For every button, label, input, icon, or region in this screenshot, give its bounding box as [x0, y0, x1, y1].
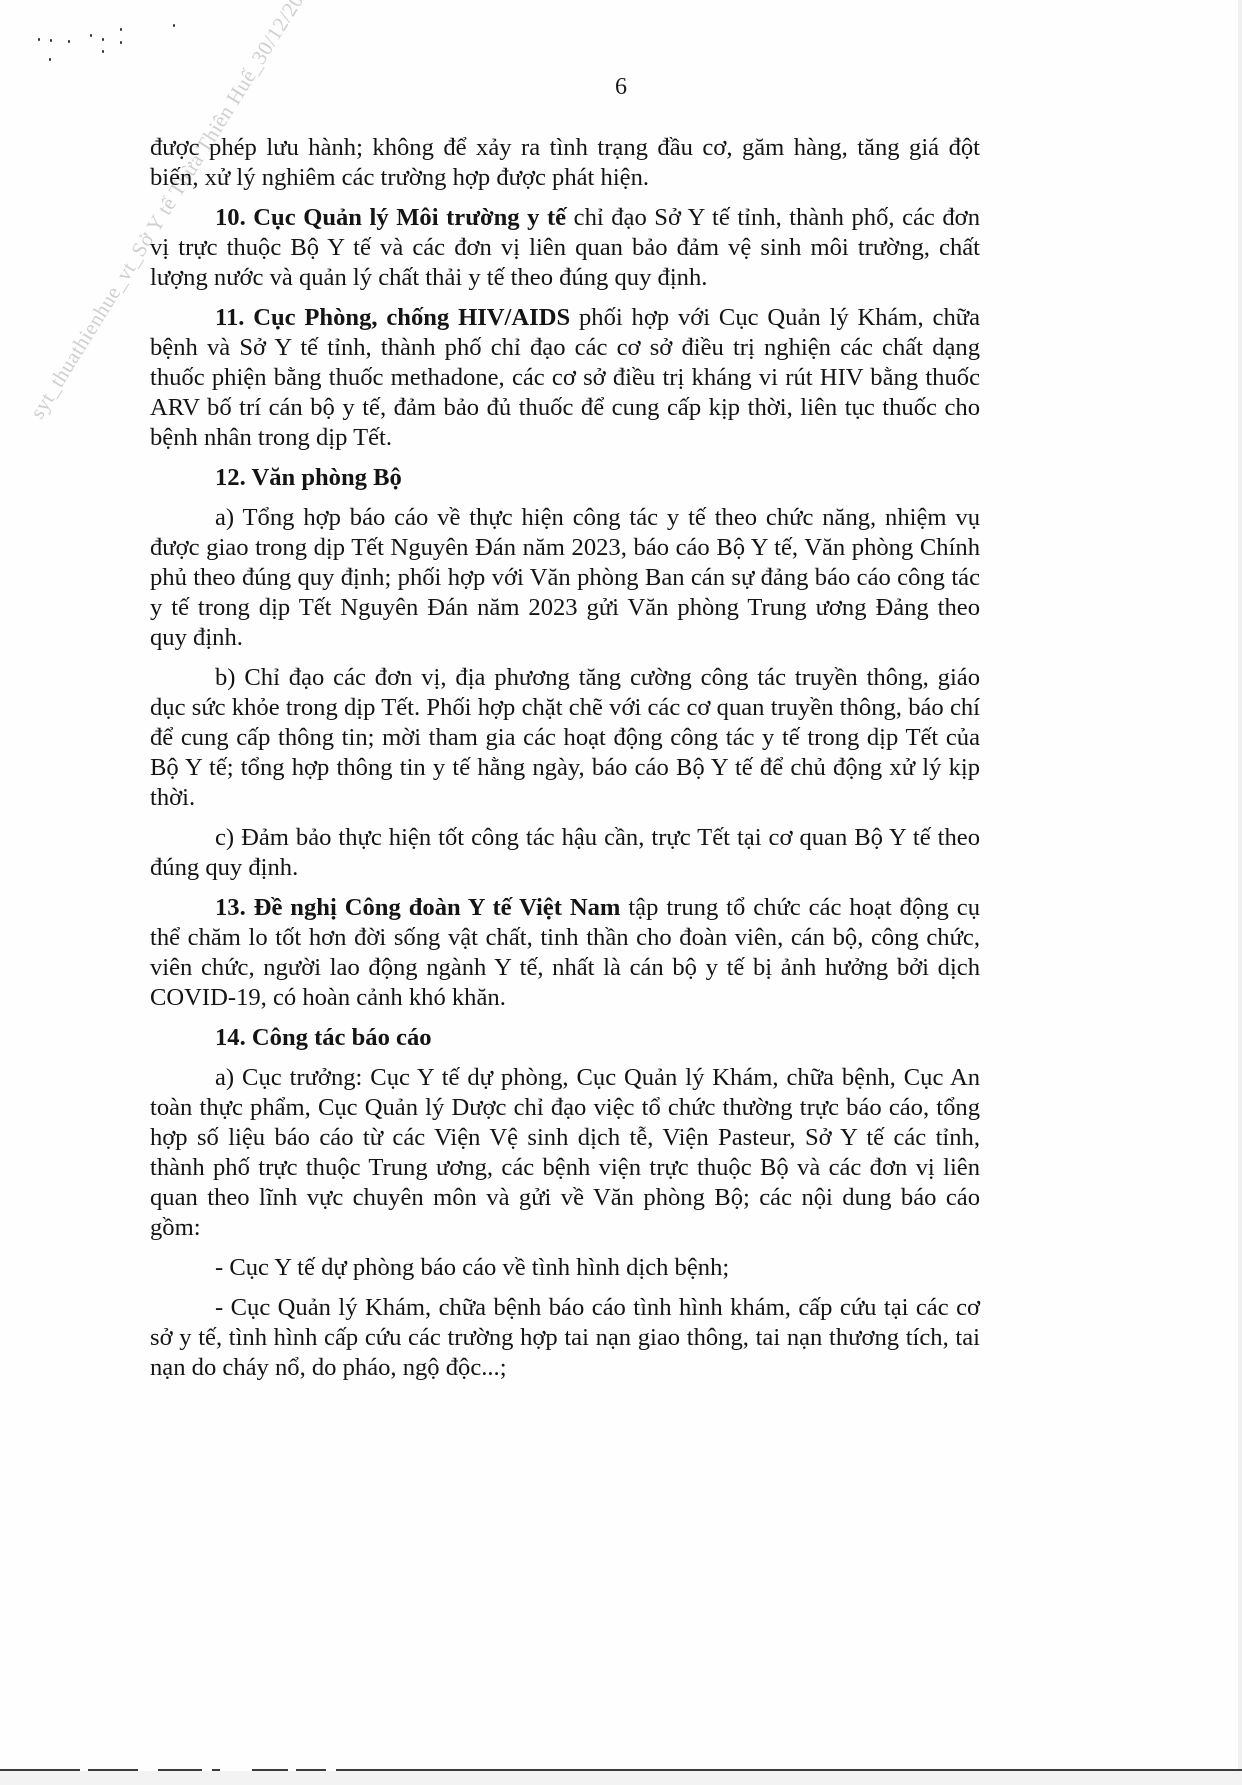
scan-speck [50, 39, 52, 42]
numbered-item-paragraph: 10. Cục Quản lý Môi trường y tế chỉ đạo … [150, 203, 980, 293]
item-title: 11. Cục Phòng, chống HIV/AIDS [215, 304, 570, 331]
numbered-item-paragraph: 11. Cục Phòng, chống HIV/AIDS phối hợp v… [150, 303, 980, 453]
scan-speck [120, 41, 122, 44]
bullet-paragraph: - Cục Quản lý Khám, chữa bệnh báo cáo tì… [150, 1293, 980, 1383]
page-number: 6 [0, 74, 1242, 101]
scan-speck [120, 28, 122, 31]
scan-speck [173, 24, 175, 27]
sub-item-paragraph: c) Đảm bảo thực hiện tốt công tác hậu cầ… [150, 823, 980, 883]
item-title: 10. Cục Quản lý Môi trường y tế [215, 204, 566, 231]
scan-speck [102, 38, 104, 41]
sub-item-paragraph: b) Chỉ đạo các đơn vị, địa phương tăng c… [150, 663, 980, 813]
scan-bottom-strip [0, 1771, 1242, 1785]
section-heading: 12. Văn phòng Bộ [150, 463, 980, 493]
scan-speck [90, 34, 92, 37]
sub-item-paragraph: a) Cục trưởng: Cục Y tế dự phòng, Cục Qu… [150, 1063, 980, 1243]
numbered-item-paragraph: 13. Đề nghị Công đoàn Y tế Việt Nam tập … [150, 893, 980, 1013]
scan-speck [68, 40, 70, 43]
document-body: được phép lưu hành; không để xảy ra tình… [150, 133, 980, 1393]
scanned-document-page: 6 syt_thuathienhue_vt_Sở Y tế Thừa Thiên… [0, 0, 1242, 1785]
bullet-paragraph: - Cục Y tế dự phòng báo cáo về tình hình… [150, 1253, 980, 1283]
continuation-paragraph: được phép lưu hành; không để xảy ra tình… [150, 133, 980, 193]
sub-item-paragraph: a) Tổng hợp báo cáo về thực hiện công tá… [150, 503, 980, 653]
scan-speck [49, 58, 51, 61]
scan-artifact-specks [30, 18, 190, 68]
scan-right-edge [1238, 0, 1242, 1785]
scan-speck [38, 38, 40, 41]
section-heading: 14. Công tác báo cáo [150, 1023, 980, 1053]
scan-speck [102, 50, 104, 53]
item-title: 13. Đề nghị Công đoàn Y tế Việt Nam [215, 894, 620, 921]
